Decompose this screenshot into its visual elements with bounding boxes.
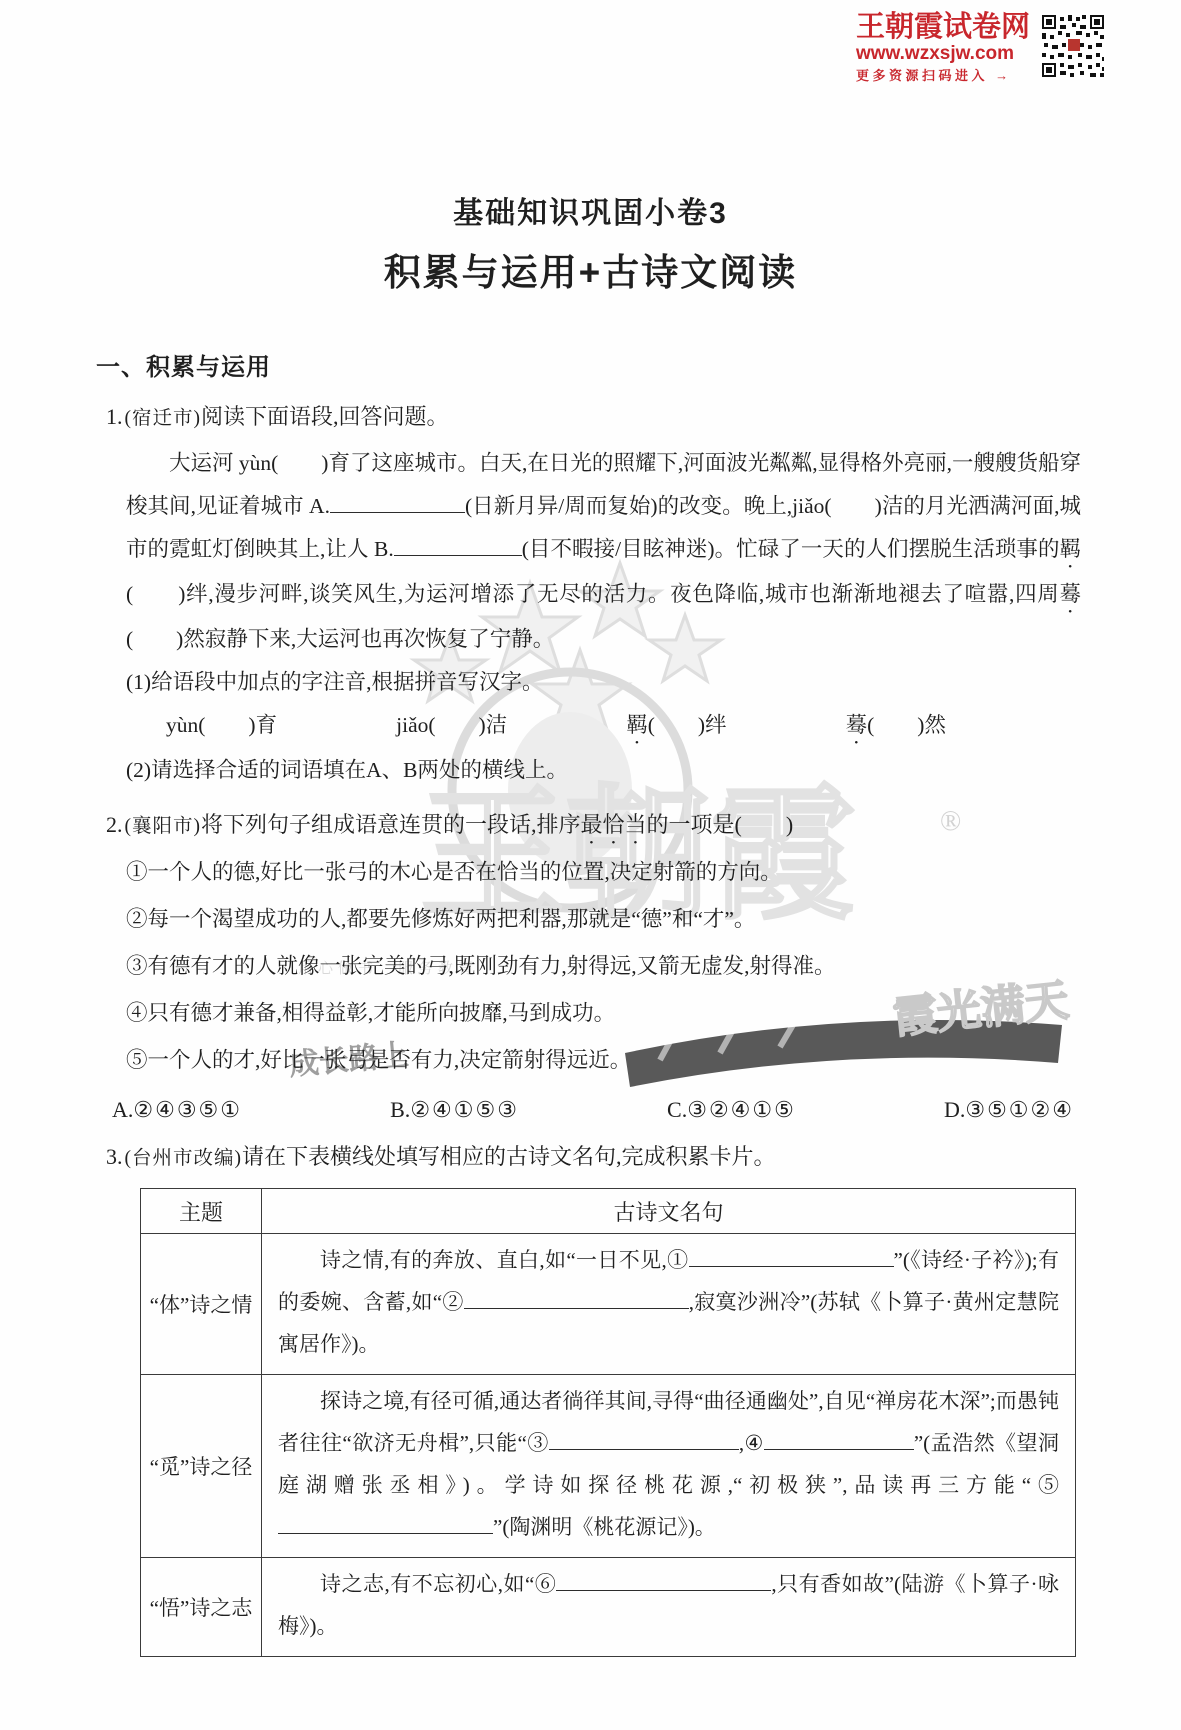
table-row: “觅”诗之径 探诗之境,有径可循,通达者徜徉其间,寻得“曲径通幽处”,自见“禅房… [141,1375,1076,1558]
question-1-stem: 1.(宿迁市)阅读下面语段,回答问题。 [106,400,1181,436]
table-header-row: 主题 古诗文名句 [141,1189,1076,1234]
theme-cell: “悟”诗之志 [141,1558,262,1657]
section-heading: 一、积累与运用 [96,352,1181,384]
pinyin-item: yùn( )育 [166,704,277,749]
theme-cell: “觅”诗之径 [141,1375,262,1558]
question-2-stem: 2.(襄阳市)将下列句子组成语意连贯的一段话,排序最恰当的一项是( ) [106,808,1181,849]
question-1-2: (2)请选择合适的词语填在A、B两处的横线上。 [126,749,1181,792]
theme-cell: “体”诗之情 [141,1234,262,1375]
header-famous-lines: 古诗文名句 [262,1189,1076,1234]
publisher-brand: 王朝霞试卷网 www.wzxsjw.com 更多资源扫码进入 → [856,12,1030,84]
question-1-number: 1. [106,404,123,429]
content-cell: 探诗之境,有径可循,通达者徜徉其间,寻得“曲径通幽处”,自见“禅房花木深”;而愚… [262,1375,1076,1558]
question-3-stem: 3.(台州市改编)请在下表横线处填写相应的古诗文名句,完成积累卡片。 [106,1135,1181,1180]
sentence-3: ③有德有才的人就像一张完美的弓,既刚劲有力,射得远,又箭无虚发,射得准。 [126,943,1091,990]
question-2-number: 2. [106,812,123,837]
question-2-source: (襄阳市) [125,816,202,837]
option-B: B.②④①⑤③ [390,1088,519,1131]
pinyin-item: 蓦( )然 [846,704,946,749]
question-3-number: 3. [106,1144,123,1169]
pinyin-item: 羁( )绊 [626,704,726,749]
option-A: A.②④③⑤① [112,1088,242,1131]
blank-3 [549,1428,739,1450]
blank-5 [278,1512,493,1534]
header-theme: 主题 [141,1189,262,1234]
blank-4 [764,1428,914,1450]
pinyin-exercise-row: yùn( )育 jiǎo( )洁 羁( )绊 蓦( )然 [166,704,946,749]
dotted-char: 蓦 [1059,582,1081,606]
sentence-2: ②每一个渴望成功的人,都要先修炼好两把利器,那就是“德”和“才”。 [126,896,1091,943]
blank-B [394,534,522,556]
reading-passage: 大运河 yùn( )育了这座城市。白天,在日光的照耀下,河面波光粼粼,显得格外亮… [126,442,1081,661]
accumulation-card-table: 主题 古诗文名句 “体”诗之情 诗之情,有的奔放、直白,如“一日不见,①”(《诗… [140,1188,1076,1657]
choice-options-row: A.②④③⑤① B.②④①⑤③ C.③②④①⑤ D.③⑤①②④ [112,1088,1074,1131]
question-3-source: (台州市改编) [125,1148,243,1169]
exam-page: 王朝霞 ® 用心做书 服务教育 霞光满天 成长路上 王朝霞试卷网 www.wzx… [0,0,1181,1730]
qr-code [1040,12,1106,80]
sentence-5: ⑤一个人的才,好比一张弓是否有力,决定箭射得远近。 [126,1037,1091,1084]
blank-2 [464,1287,689,1309]
content-cell: 诗之志,有不忘初心,如“⑥,只有香如故”(陆游《卜算子·咏梅》)。 [262,1558,1076,1657]
site-logo-text: 王朝霞试卷网 [856,12,1030,42]
publisher-banner: 王朝霞试卷网 www.wzxsjw.com 更多资源扫码进入 → [856,12,1106,84]
sentence-1: ①一个人的德,好比一张弓的木心是否在恰当的位置,决定射箭的方向。 [126,849,1091,896]
blank-A [330,491,465,513]
question-1-1: (1)给语段中加点的字注音,根据拼音写汉字。 [126,661,1181,704]
site-url: www.wzxsjw.com [856,44,1030,65]
dotted-char: 羁 [1060,537,1082,561]
question-1-source: (宿迁市) [125,408,202,429]
table-row: “体”诗之情 诗之情,有的奔放、直白,如“一日不见,①”(《诗经·子衿》);有的… [141,1234,1076,1375]
qr-hint-text: 更多资源扫码进入 → [856,69,1030,83]
content-cell: 诗之情,有的奔放、直白,如“一日不见,①”(《诗经·子衿》);有的委婉、含蓄,如… [262,1234,1076,1375]
option-D: D.③⑤①②④ [944,1088,1074,1131]
blank-1 [689,1245,894,1267]
dotted-phrase: 最恰当 [581,812,647,837]
pinyin-item: jiǎo( )洁 [396,704,507,749]
table-row: “悟”诗之志 诗之志,有不忘初心,如“⑥,只有香如故”(陆游《卜算子·咏梅》)。 [141,1558,1076,1657]
option-C: C.③②④①⑤ [667,1088,796,1131]
blank-6 [556,1569,771,1591]
sentence-4: ④只有德才兼备,相得益彰,才能所向披靡,马到成功。 [126,990,1091,1037]
paper-main-title: 积累与运用+古诗文阅读 [0,248,1181,298]
